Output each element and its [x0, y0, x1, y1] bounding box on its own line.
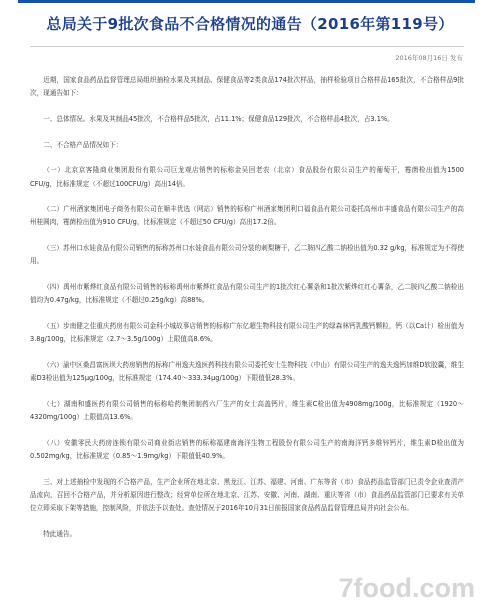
- item-paragraph: （四）禹州市紫烨红食品有限公司销售的标称禹州市紫烨红食品有限公司生产的1批次红心…: [30, 281, 464, 307]
- item-paragraph: （二）广州酒家集团电子商务有限公司在顺丰优选（网站）销售的标称广州酒家集团利口福…: [30, 203, 464, 229]
- item-paragraph: （三）苏州口水娃食品有限公司销售的标称苏州口水娃食品有限公司分装的刺梨糖干，乙二…: [30, 242, 464, 268]
- item-paragraph: （五）步南健之佳重庆药房有限公司金科小城故事店销售的标称广东亿超生物科技有限公司…: [30, 320, 464, 346]
- item-paragraph: （八）安徽零民大药房连锁有限公司商业街店销售的标称福建南海洋生物工程股份有限公司…: [30, 437, 464, 463]
- notice-body: 近期，国家食品药品监督管理总局组织抽检水果及其制品、保健食品等2类食品174批次…: [30, 74, 464, 553]
- watermark: 7food.com: [338, 573, 475, 604]
- overview-paragraph: 一、总体情况。水果及其制品45批次，不合格样品5批次，占11.1%；保健食品12…: [30, 113, 464, 126]
- action-paragraph: 三、对上述抽检中发现的不合格产品，生产企业所在地北京、黑龙江、江苏、福建、河南、…: [30, 476, 464, 516]
- title-divider: [30, 46, 464, 47]
- section-heading: 二、不合格产品情况如下：: [30, 139, 464, 152]
- item-paragraph: （七）湖南和盛医药有限公司销售的标称哈药集团制药六厂生产的女士高盖钙片，维生素C…: [30, 398, 464, 424]
- page-title: 总局关于9批次食品不合格情况的通告（2016年第119号）: [0, 13, 500, 34]
- item-paragraph: （六）渝中区桑昌富医坝大药房销售的标称广州逸夫逸医药科技有限公司委托安士生物科技…: [30, 359, 464, 385]
- intro-paragraph: 近期，国家食品药品监督管理总局组织抽检水果及其制品、保健食品等2类食品174批次…: [30, 74, 464, 100]
- item-paragraph: （一）北京京客隆商业集团股份有限公司巨龙观店销售的标称金吴回老农（北京）食品股份…: [30, 164, 464, 190]
- closing-paragraph: 特此通告。: [30, 528, 464, 541]
- top-accent-bar: [18, 0, 475, 3]
- publish-date: 2016年08月16日 发布: [395, 53, 463, 62]
